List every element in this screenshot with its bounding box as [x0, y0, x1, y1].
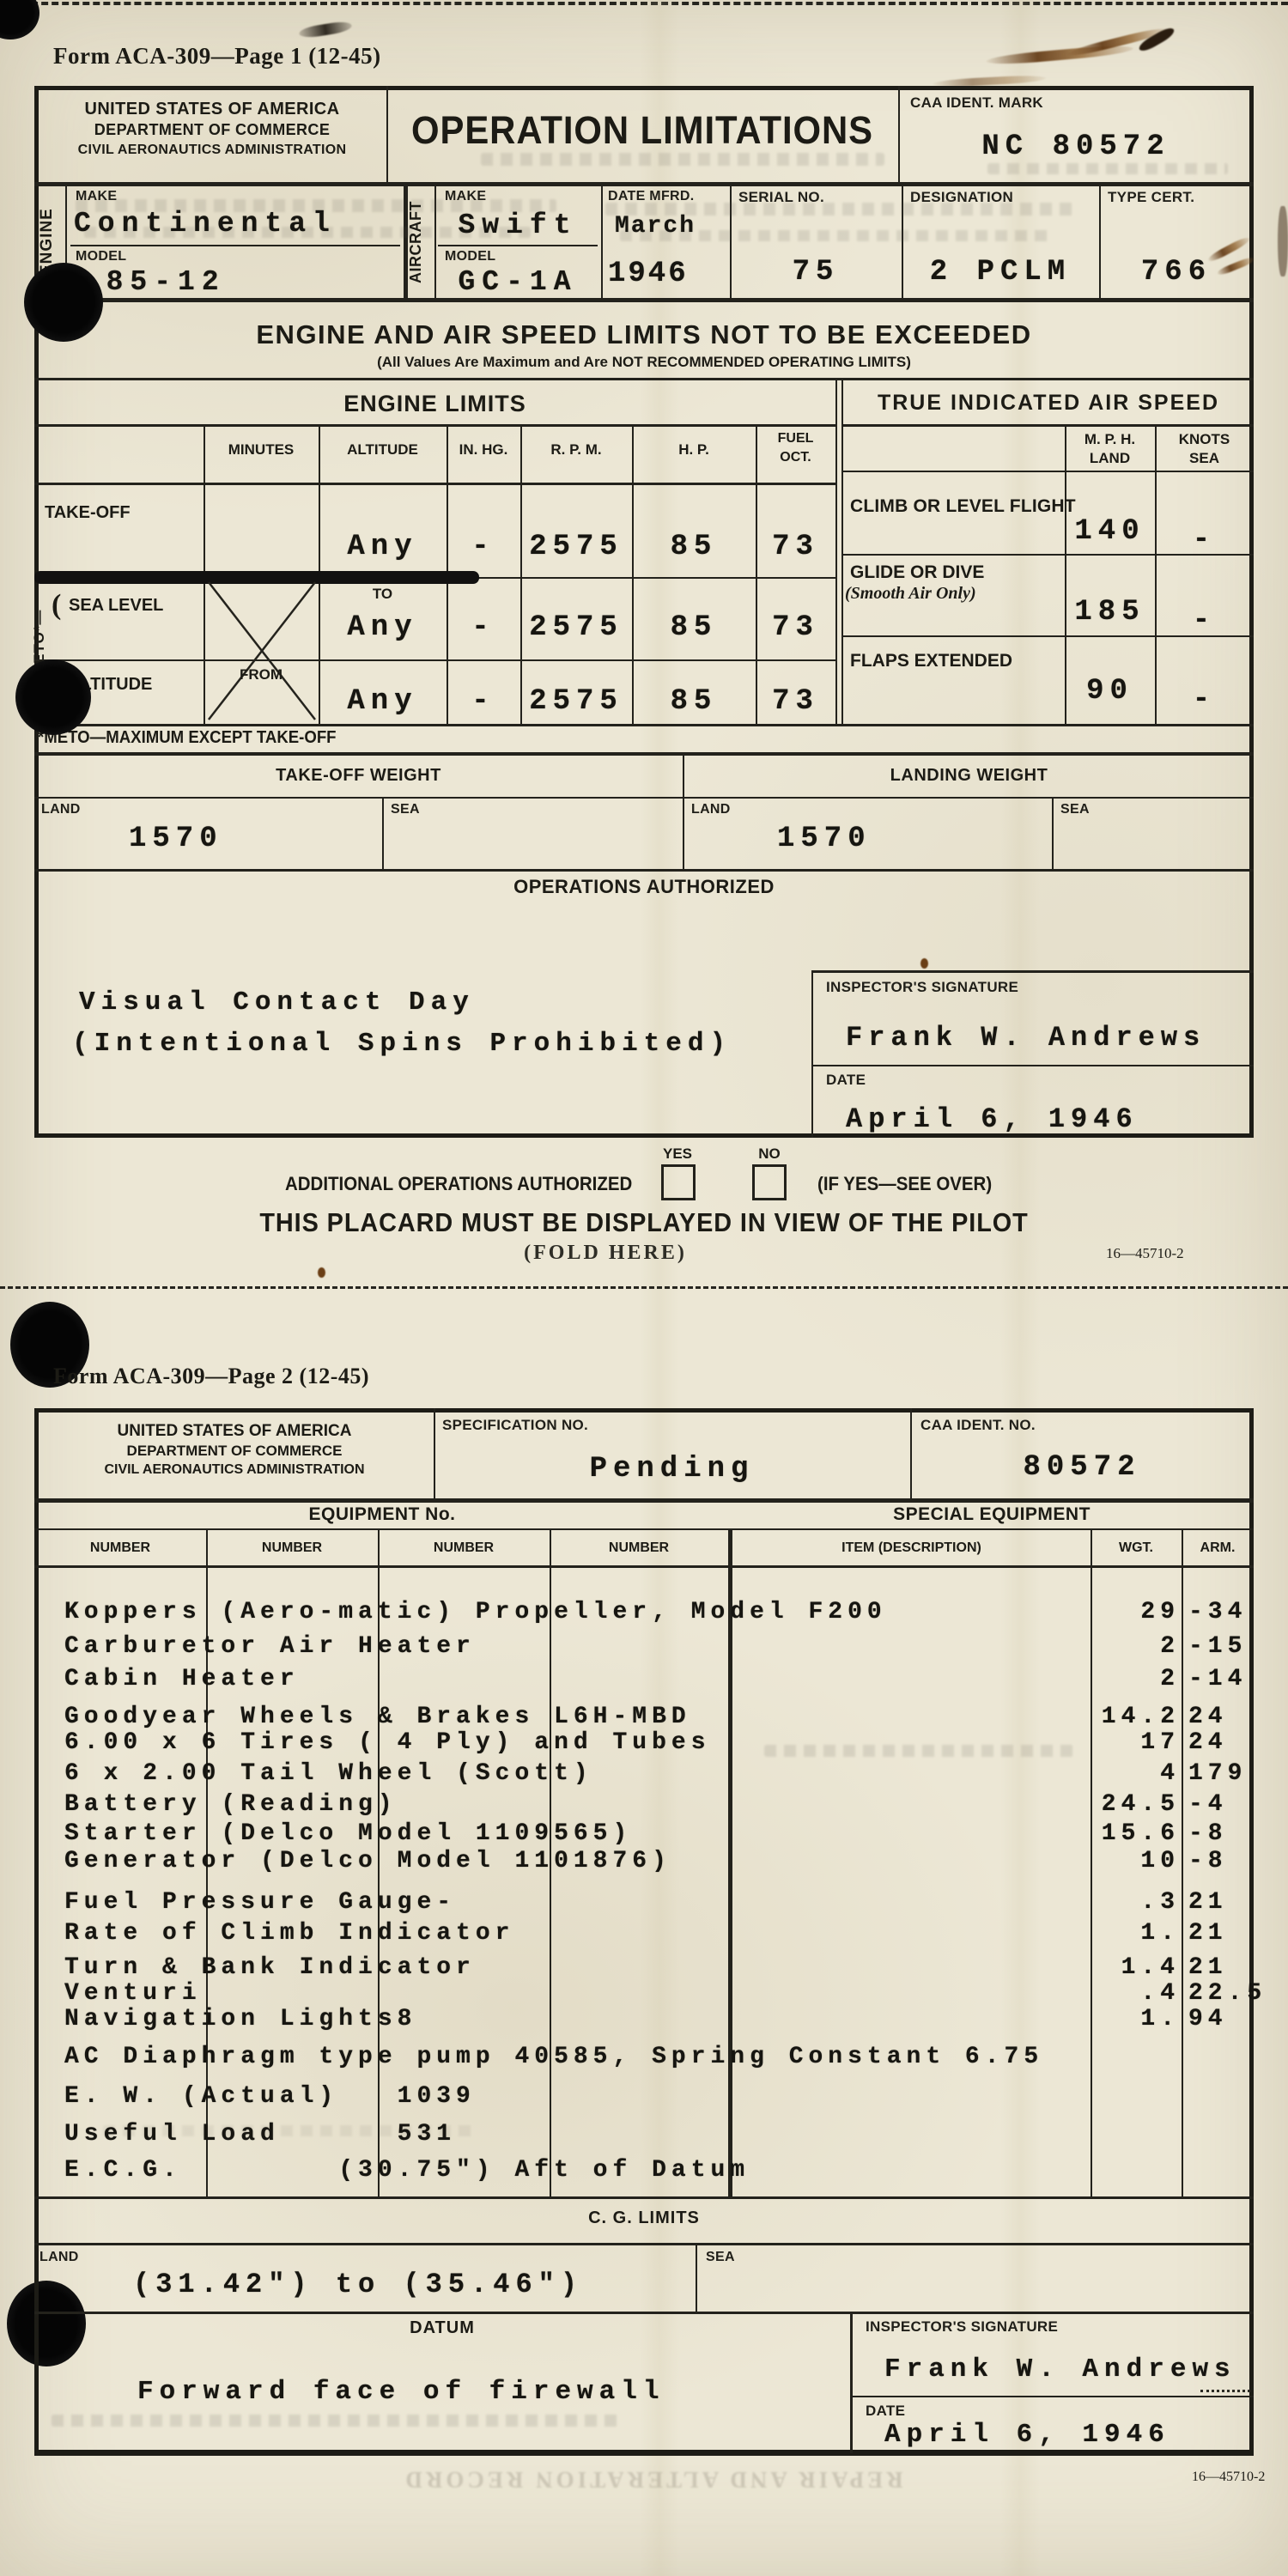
col-arm: ARM. — [1182, 1540, 1254, 1556]
additional-operations-label: ADDITIONAL OPERATIONS AUTHORIZED — [285, 1173, 632, 1195]
designation-label: DESIGNATION — [910, 189, 1013, 206]
item-description: Turn & Bank Indicator — [64, 1954, 476, 1981]
takeoff-in-hg: - — [447, 531, 520, 563]
takeoff-land-value: 1570 — [129, 823, 223, 855]
divider — [811, 970, 1254, 973]
inspector-signature-value: Frank W. Andrews — [846, 1022, 1206, 1054]
item-description: E.C.G. (30.75") Aft of Datum — [64, 2157, 750, 2184]
divider — [850, 2312, 853, 2453]
serial-no-value: 75 — [730, 256, 902, 289]
type-cert-label: TYPE CERT. — [1108, 189, 1194, 206]
item-description: Rate of Climb Indicator — [64, 1920, 514, 1947]
sealevel-altitude: Any — [319, 611, 447, 644]
engine-model-label: MODEL — [76, 249, 126, 264]
divider — [835, 378, 837, 724]
col-knots-1: KNOTS — [1155, 431, 1254, 448]
item-description: Goodyear Wheels & Brakes L6H-MBD — [64, 1704, 691, 1730]
row-sealevel-label: SEA LEVEL — [69, 596, 163, 616]
altitude-altitude: Any — [319, 685, 447, 718]
divider — [520, 427, 522, 724]
airspeed-row3-label: FLAPS EXTENDED — [850, 651, 1012, 671]
item-description: Koppers (Aero-matic) Propeller, Model F2… — [64, 1599, 887, 1625]
yes-label: YES — [657, 1145, 698, 1163]
item-arm: -34 — [1188, 1599, 1247, 1625]
inspector-signature-label: INSPECTOR'S SIGNATURE — [826, 979, 1018, 996]
divider — [843, 471, 1254, 472]
airspeed-row1-mph: 140 — [1065, 515, 1155, 548]
item-arm: 24 — [1188, 1704, 1228, 1730]
altitude-in-hg: - — [447, 685, 520, 718]
item-arm: -4 — [1188, 1791, 1228, 1818]
sealevel-in-hg: - — [447, 611, 520, 644]
item-description: Battery (Reading) — [64, 1791, 398, 1818]
aircraft-make-label: MAKE — [445, 189, 486, 204]
divider — [843, 554, 1254, 556]
airspeed-row2-knots: - — [1155, 605, 1254, 637]
agency-line-2: DEPARTMENT OF COMMERCE — [41, 121, 383, 139]
altitude-range-word: FROM — [204, 666, 319, 683]
takeoff-sea-label: SEA — [391, 802, 420, 817]
item-wgt: 2 — [1075, 1666, 1180, 1692]
item-description: Carburetor Air Heater — [64, 1633, 476, 1660]
fold-here-label: (FOLD HERE) — [464, 1242, 747, 1265]
divider — [382, 799, 384, 869]
divider — [34, 1498, 1254, 1503]
crossed-out-cell — [205, 579, 319, 723]
airspeed-title: TRUE INDICATED AIR SPEED — [843, 391, 1254, 416]
item-wgt: .3 — [1075, 1889, 1180, 1916]
item-arm: -14 — [1188, 1666, 1247, 1692]
bleedthrough-mark — [987, 163, 1228, 174]
operations-title: OPERATIONS AUTHORIZED — [34, 876, 1254, 898]
date-mfrd-month: March — [615, 213, 696, 240]
aircraft-make-value: Swift — [438, 210, 598, 241]
cg-sea-label: SEA — [706, 2250, 735, 2265]
yes-checkbox — [661, 1164, 696, 1200]
divider — [843, 424, 1254, 427]
engine-make-value: Continental — [74, 208, 337, 240]
divider — [34, 724, 1254, 726]
page-title: OPERATION LIMITATIONS — [404, 108, 880, 153]
col-in-hg: IN. HG. — [447, 441, 520, 459]
airspeed-row2-note: (Smooth Air Only) — [845, 584, 976, 604]
serial-no-label: SERIAL NO. — [738, 189, 824, 206]
bleedthrough-text: REPAIR AND ALTERATION RECORD — [395, 2466, 910, 2493]
specification-no-label: SPECIFICATION NO. — [442, 1417, 588, 1434]
divider — [34, 298, 1254, 302]
altitude-hp: 85 — [632, 685, 756, 718]
limits-banner-title: ENGINE AND AIR SPEED LIMITS NOT TO BE EX… — [34, 319, 1254, 350]
divider — [70, 245, 400, 246]
caa-ident-value: NC 80572 — [898, 131, 1254, 163]
col-item-description: ITEM (DESCRIPTION) — [732, 1540, 1091, 1556]
bleedthrough-mark — [52, 2415, 618, 2427]
aircraft-model-value: GC-1A — [438, 266, 598, 298]
item-description: AC Diaphragm type pump 40585, Spring Con… — [64, 2044, 1043, 2070]
item-wgt: 1. — [1075, 1920, 1180, 1947]
col-hp: H. P. — [632, 441, 756, 459]
col-number-2: NUMBER — [206, 1540, 378, 1556]
aircraft-tab-label: AIRCRAFT — [407, 189, 433, 295]
item-arm: 21 — [1188, 1954, 1228, 1981]
sealevel-fuel-oct: 73 — [756, 611, 835, 644]
airspeed-row1-knots: - — [1155, 524, 1254, 556]
divider — [850, 2396, 1254, 2397]
scanned-form-sheet: { "colors": { "paper": "#ece7d5", "ink":… — [0, 0, 1288, 2576]
agency-line-3: CIVIL AERONAUTICS ADMINISTRATION — [41, 1462, 428, 1478]
divider — [843, 635, 1254, 637]
divider — [34, 752, 1254, 756]
item-wgt: 4 — [1075, 1760, 1180, 1787]
cg-limits-title: C. G. LIMITS — [34, 2208, 1254, 2228]
no-checkbox — [752, 1164, 787, 1200]
item-wgt: 17 — [1075, 1729, 1180, 1756]
divider — [632, 427, 634, 724]
divider — [386, 86, 388, 182]
no-label: NO — [749, 1145, 790, 1163]
divider — [696, 2245, 697, 2312]
agency-line-1: UNITED STATES OF AMERICA — [41, 1422, 428, 1441]
ink-speck — [318, 1267, 325, 1278]
agency-line-3: CIVIL AERONAUTICS ADMINISTRATION — [41, 143, 383, 158]
airspeed-row2-label: GLIDE OR DIVE — [850, 562, 984, 583]
col-minutes: MINUTES — [204, 441, 319, 459]
item-arm: 21 — [1188, 1920, 1228, 1947]
divider — [34, 2312, 1254, 2314]
inspection-date-label: DATE — [866, 2403, 905, 2420]
sealevel-hp: 85 — [632, 611, 756, 644]
date-mfrd-year: 1946 — [608, 258, 689, 290]
col-knots-2: SEA — [1155, 450, 1254, 467]
takeoff-land-label: LAND — [41, 802, 81, 817]
brace: ( — [52, 589, 61, 622]
col-number-4: NUMBER — [550, 1540, 728, 1556]
col-altitude: ALTITUDE — [319, 441, 447, 459]
ink-smudge — [1278, 206, 1288, 276]
inspection-date-label: DATE — [826, 1072, 866, 1089]
designation-value: 2 PCLM — [902, 256, 1099, 289]
item-arm: -8 — [1188, 1820, 1228, 1847]
col-number-3: NUMBER — [378, 1540, 550, 1556]
cg-land-value: (31.42") to (35.46") — [133, 2269, 583, 2300]
item-wgt: 14.2 — [1075, 1704, 1180, 1730]
item-wgt: 2 — [1075, 1633, 1180, 1660]
item-arm: -15 — [1188, 1633, 1247, 1660]
caa-ident-no-label: CAA IDENT. NO. — [920, 1417, 1036, 1434]
item-arm: 94 — [1188, 2006, 1228, 2032]
caa-ident-label: CAA IDENT. MARK — [910, 94, 1043, 112]
aircraft-model-label: MODEL — [445, 249, 495, 264]
divider — [34, 1528, 1254, 1530]
item-description: Starter (Delco Model 1109565) — [64, 1820, 632, 1847]
divider — [756, 427, 757, 724]
divider — [1182, 1530, 1183, 2196]
equipment-no-title: EQUIPMENT No. — [34, 1504, 730, 1525]
landing-land-value: 1570 — [777, 823, 872, 855]
divider — [438, 245, 598, 246]
col-fuel-oct-2: OCT. — [756, 450, 835, 465]
bleedthrough-mark — [481, 153, 884, 166]
cg-land-label: LAND — [39, 2250, 79, 2265]
item-description: 6 x 2.00 Tail Wheel (Scott) — [64, 1760, 593, 1787]
bleedthrough-mark — [764, 1745, 1073, 1757]
item-arm: 21 — [1188, 1889, 1228, 1916]
divider — [811, 970, 813, 1138]
item-description: Venturi — [64, 1980, 202, 2007]
fold-perforation-line — [0, 1286, 1288, 1289]
inspection-date-value: April 6, 1946 — [884, 2420, 1170, 2450]
datum-title: DATUM — [34, 2318, 850, 2338]
item-arm: 22.5 — [1188, 1980, 1267, 2007]
landing-weight-title: LANDING WEIGHT — [684, 766, 1254, 786]
placard-notice: THIS PLACARD MUST BE DISPLAYED IN VIEW O… — [77, 1207, 1212, 1238]
agency-line-2: DEPARTMENT OF COMMERCE — [41, 1443, 428, 1460]
operations-line2: (Intentional Spins Prohibited) — [72, 1029, 732, 1059]
ink-speck — [920, 958, 928, 969]
item-description: E. W. (Actual) 1039 — [64, 2083, 476, 2110]
engine-limits-title: ENGINE LIMITS — [34, 391, 835, 417]
page1-print-code: 16—45710-2 — [1106, 1245, 1184, 1262]
divider — [34, 424, 835, 427]
item-description: Cabin Heater — [64, 1666, 300, 1692]
altitude-fuel-oct: 73 — [756, 685, 835, 718]
col-mph-1: M. P. H. — [1065, 431, 1155, 448]
divider — [601, 186, 603, 298]
item-description: Fuel Pressure Gauge- — [64, 1889, 456, 1916]
divider — [34, 2196, 1254, 2199]
item-wgt: .4 — [1075, 1980, 1180, 2007]
specification-no-value: Pending — [434, 1453, 910, 1485]
takeoff-fuel-oct: 73 — [756, 531, 835, 563]
divider — [34, 378, 1254, 380]
item-arm: -8 — [1188, 1848, 1228, 1874]
datum-value: Forward face of firewall — [137, 2377, 665, 2407]
page1-form-title: Form ACA-309—Page 1 (12-45) — [53, 43, 381, 70]
page2-print-code: 16—45710-2 — [1192, 2470, 1265, 2485]
sealevel-range-word: TO — [319, 586, 447, 603]
divider — [34, 483, 835, 485]
divider — [728, 1530, 732, 2196]
takeoff-weight-title: TAKE-OFF WEIGHT — [34, 766, 683, 786]
airspeed-row1-label: CLIMB OR LEVEL FLIGHT — [850, 496, 1076, 517]
item-wgt: 10 — [1075, 1848, 1180, 1874]
sealevel-rpm: 2575 — [520, 611, 632, 644]
altitude-rpm: 2575 — [520, 685, 632, 718]
divider — [34, 869, 1254, 872]
airspeed-row3-knots: - — [1155, 683, 1254, 716]
col-wgt: WGT. — [1091, 1540, 1182, 1556]
item-wgt: 15.6 — [1075, 1820, 1180, 1847]
col-fuel-oct-1: FUEL — [756, 431, 835, 447]
type-cert-value: 766 — [1099, 256, 1254, 289]
item-wgt: 29 — [1075, 1599, 1180, 1625]
col-number-1: NUMBER — [34, 1540, 206, 1556]
signature-dotted-line — [1200, 2390, 1250, 2392]
divider — [34, 659, 835, 661]
torn-corner-blob — [0, 0, 39, 39]
airspeed-row3-mph: 90 — [1065, 675, 1155, 708]
divider — [34, 182, 1254, 186]
ink-smudge — [298, 20, 352, 39]
item-arm: 179 — [1188, 1760, 1247, 1787]
landing-sea-label: SEA — [1060, 802, 1090, 817]
divider — [34, 797, 1254, 799]
inspector-signature-value: Frank W. Andrews — [884, 2354, 1236, 2385]
item-description: Generator (Delco Model 1101876) — [64, 1848, 671, 1874]
punch-hole — [15, 659, 91, 735]
caa-ident-no-value: 80572 — [910, 1451, 1254, 1484]
divider — [841, 378, 843, 724]
inspector-signature-label: INSPECTOR'S SIGNATURE — [866, 2318, 1058, 2336]
engine-make-label: MAKE — [76, 189, 117, 204]
item-wgt: 1.4 — [1075, 1954, 1180, 1981]
divider — [1052, 799, 1054, 869]
item-wgt: 1. — [1075, 2006, 1180, 2032]
takeoff-altitude: Any — [319, 531, 447, 563]
date-mfrd-label: DATE MFRD. — [608, 189, 694, 204]
special-equipment-title: SPECIAL EQUIPMENT — [730, 1504, 1254, 1525]
item-description: Navigation Lights8 — [64, 2006, 416, 2032]
takeoff-hp: 85 — [632, 531, 756, 563]
operations-line1: Visual Contact Day — [79, 987, 475, 1018]
inspection-date-value: April 6, 1946 — [846, 1103, 1139, 1135]
punch-hole — [24, 263, 103, 342]
col-mph-2: LAND — [1065, 450, 1155, 467]
item-arm: 24 — [1188, 1729, 1228, 1756]
col-rpm: R. P. M. — [520, 441, 632, 459]
divider — [811, 1065, 1254, 1066]
item-description: 6.00 x 6 Tires ( 4 Ply) and Tubes — [64, 1729, 711, 1756]
if-yes-note: (IF YES—SEE OVER) — [817, 1173, 992, 1195]
item-wgt: 24.5 — [1075, 1791, 1180, 1818]
divider — [34, 2243, 1254, 2245]
divider — [34, 1565, 1254, 1568]
limits-banner-subtitle: (All Values Are Maximum and Are NOT RECO… — [34, 354, 1254, 371]
row-takeoff-label: TAKE-OFF — [45, 503, 131, 523]
takeoff-rpm: 2575 — [520, 531, 632, 563]
item-description: Useful Load 531 — [64, 2121, 456, 2148]
landing-land-label: LAND — [691, 802, 731, 817]
airspeed-row2-mph: 185 — [1065, 596, 1155, 629]
meto-footnote: *METO—MAXIMUM EXCEPT TAKE-OFF — [38, 728, 337, 748]
page2-form-title: Form ACA-309—Page 2 (12-45) — [53, 1364, 369, 1389]
agency-line-1: UNITED STATES OF AMERICA — [41, 100, 383, 119]
